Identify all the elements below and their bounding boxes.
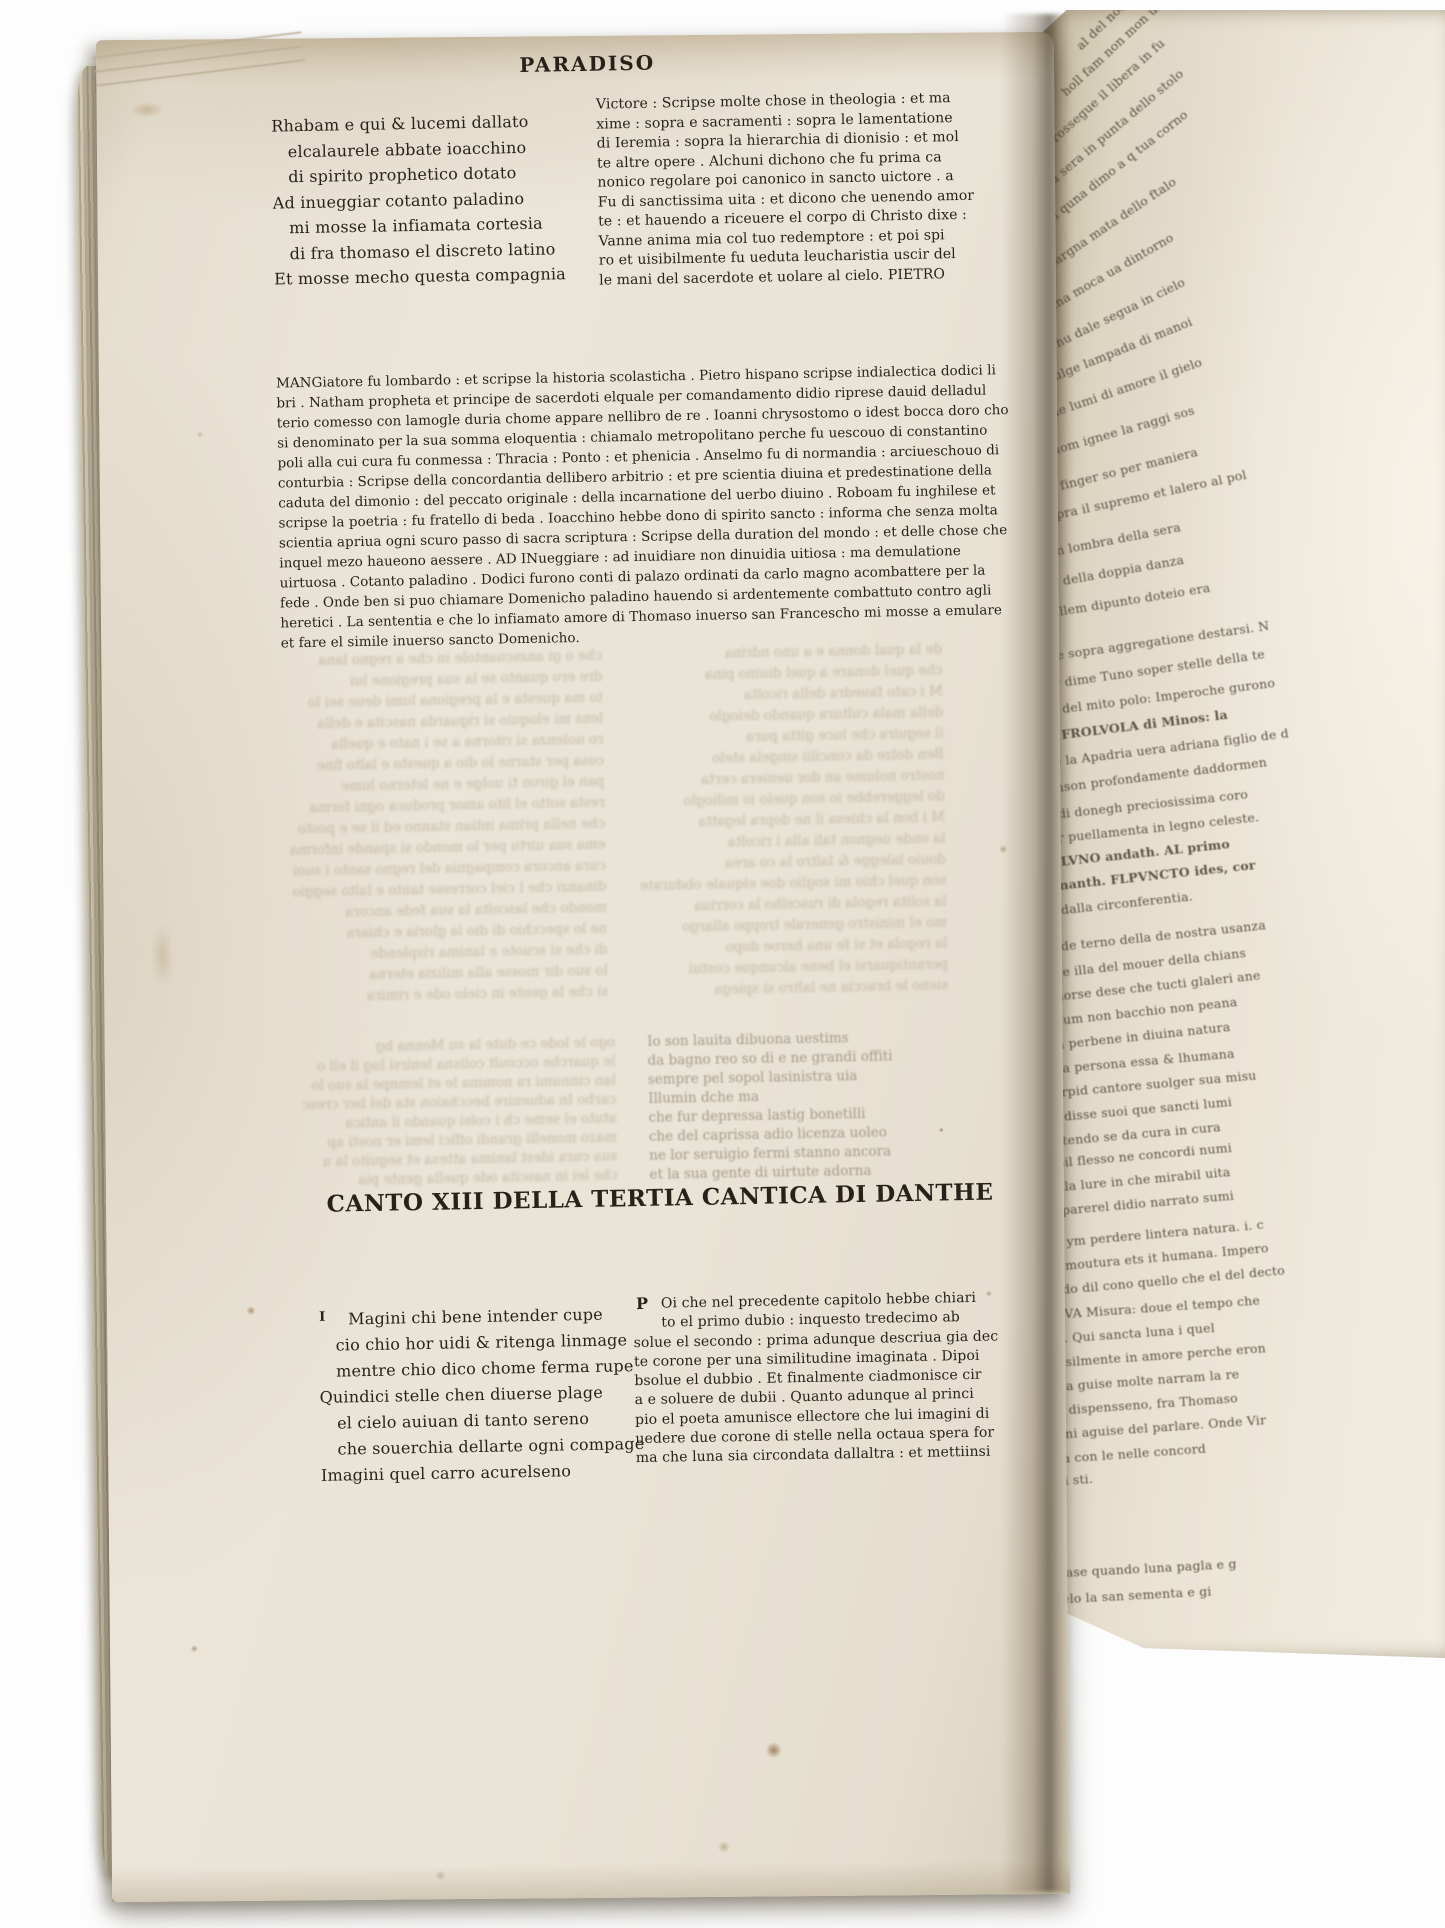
leaf-text-fragment: uargna mata dello ftalo (1044, 174, 1179, 272)
foxing-stain (246, 1306, 256, 1315)
top-left-poem: Rhabam e qui & lucemi dallatoelcalaurele… (271, 108, 566, 292)
showthrough-mid-right: Io son lauita dibuona uestimsda bagno re… (647, 1027, 950, 1184)
showthrough-upper-right: de la qual donna e a uno ndrinache quel … (612, 639, 948, 1002)
top-right-commentary: Victore : Scripse molte chose in theolog… (596, 89, 944, 290)
lower-left-poem: Magini chi bene intender cupecio chio ho… (318, 1301, 645, 1489)
foxing-stain (151, 924, 174, 988)
foxing-stain (765, 1742, 782, 1757)
book-photograph: al del nostro cielo e maholl fam non mon… (0, 0, 1445, 1928)
foxing-stain (130, 102, 164, 119)
foxing-stain (999, 845, 1008, 853)
showthrough-mid-left: ogo le lode ce dute la su Monna bgle qua… (303, 1033, 618, 1191)
foxing-stain (196, 431, 204, 438)
running-title: PARADISO (437, 49, 737, 78)
book-page: PARADISO Rhabam e qui & lucemi dallatoel… (96, 32, 1070, 1902)
showthrough-upper-left: che o gi anzscuantole in che a regno lan… (290, 646, 608, 1009)
facing-page-edge: al del nostro cielo e maholl fam non mon… (1038, 10, 1445, 1658)
mid-commentary-block: MANGiatore fu lombardo : et scripse la h… (276, 361, 953, 653)
foxing-stain (986, 1291, 992, 1297)
page-content: PARADISO Rhabam e qui & lucemi dallatoel… (89, 27, 1081, 1906)
showthrough-line: si che la gente in cielo ode e rimira (296, 982, 608, 1009)
leaf-text-fragment: et dalla circonferentia. (1043, 888, 1193, 919)
foxing-stain (434, 1871, 446, 1880)
lower-right-commentary: Oi che nel precedente capitolo hebbe chi… (633, 1289, 980, 1469)
leaf-text-fragment: et della doppia danza (1045, 552, 1185, 591)
foxing-stain (717, 1841, 731, 1852)
poem-line: Et mosse mecho questa compagnia (274, 261, 566, 292)
leaf-text-fragment: in lombra della sera (1051, 519, 1182, 559)
leaf-text-fragment: A. SVA Misura: doue el tempo che (1037, 1292, 1260, 1322)
poem-line: elcalaurele abbate ioacchino (288, 134, 564, 165)
foxing-stain (190, 1645, 198, 1652)
poem-line: Imagini quel carro acurelseno (321, 1457, 645, 1489)
